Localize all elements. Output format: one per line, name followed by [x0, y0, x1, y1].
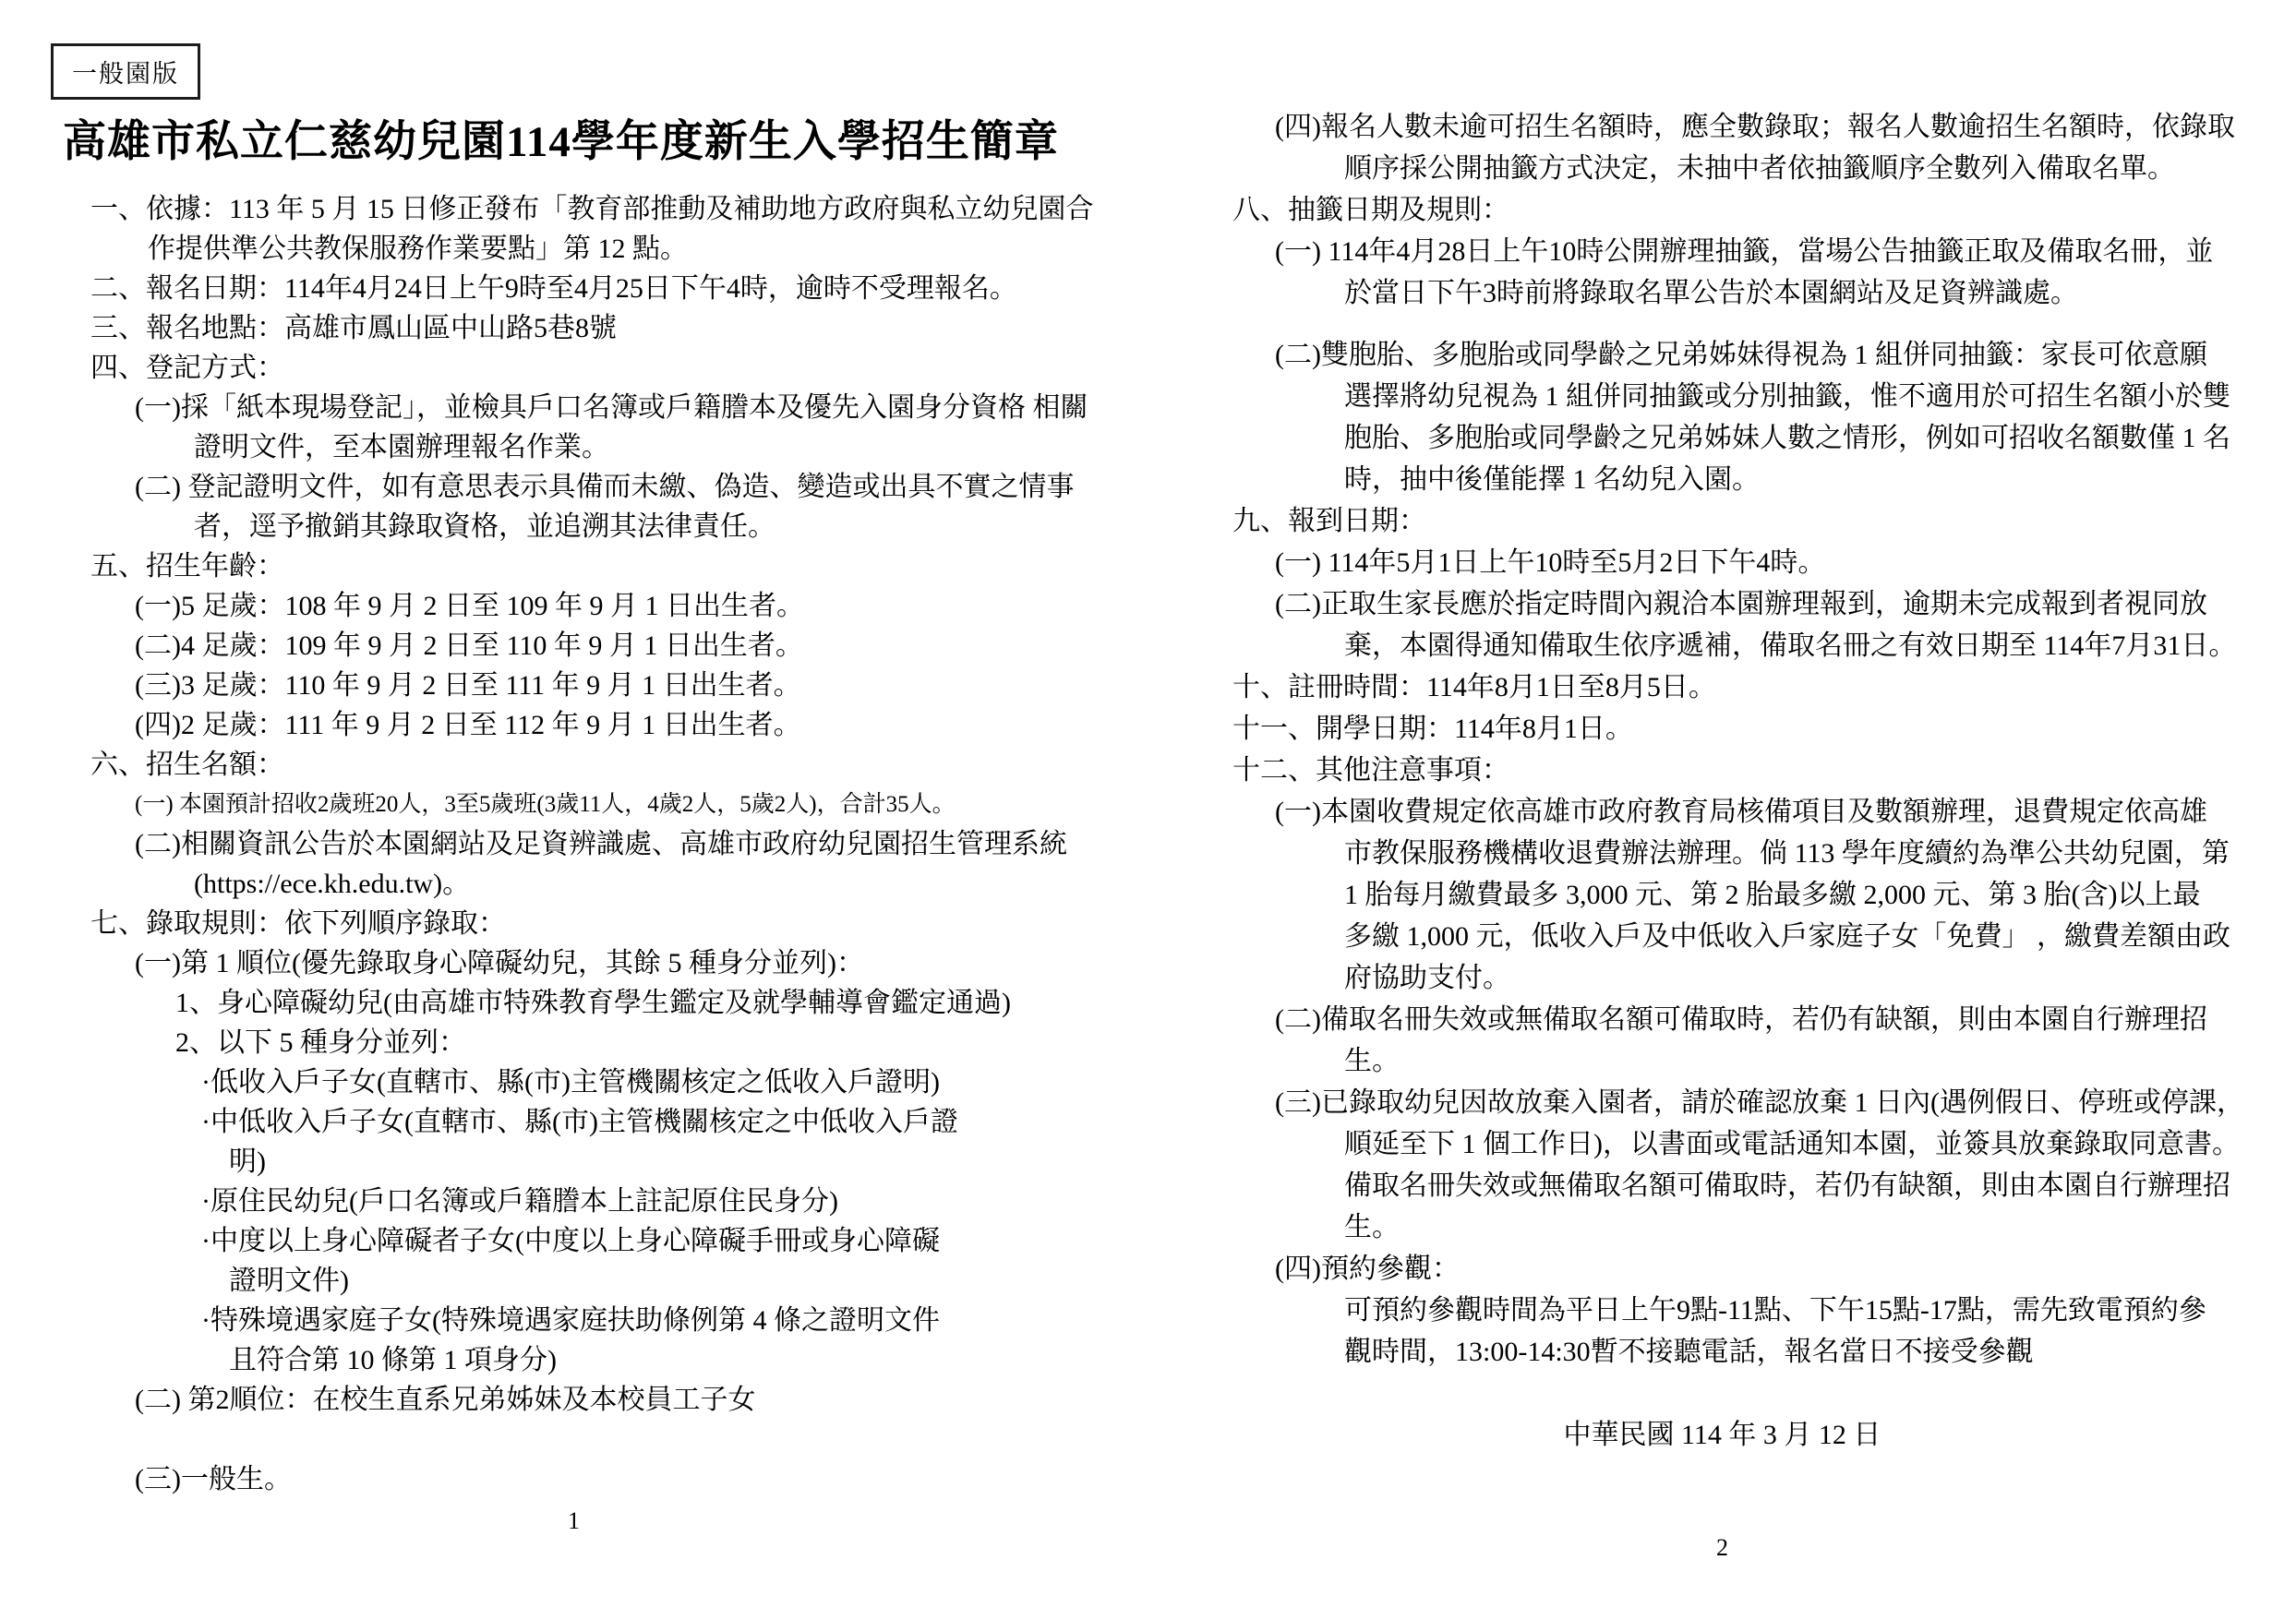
doc-line: 作提供準公共教保服務作業要點」第 12 點。 [0, 229, 1148, 269]
doc-line: 多繳 1,000 元，低收入戶及中低收入戶家庭子女「免費」 ，繳費差額由政 [1148, 916, 2296, 957]
version-badge: 一般園版 [51, 43, 200, 100]
doc-line: 1、身心障礙幼兒(由高雄市特殊教育學生鑑定及就學輔導會鑑定通過) [0, 983, 1148, 1023]
doc-line: (三)已錄取幼兒因故放棄入園者，請於確認放棄 1 日內(遇例假日、停班或停課， [1148, 1082, 2296, 1123]
doc-line: (二)正取生家長應於指定時間內親洽本園辦理報到，逾期未完成報到者視同放 [1148, 583, 2296, 625]
doc-line: 十二、其他注意事項： [1148, 750, 2296, 791]
doc-line: (三)一般生。 [0, 1459, 1148, 1499]
doc-line: (二)4 足歲：109 年 9 月 2 日至 110 年 9 月 1 日出生者。 [0, 626, 1148, 666]
doc-line: 於當日下午3時前將錄取名單公告於本園網站及足資辨識處。 [1148, 272, 2296, 314]
doc-line: 五、招生年齡： [0, 546, 1148, 586]
doc-line: ·特殊境遇家庭子女(特殊境遇家庭扶助條例第 4 條之證明文件 [0, 1301, 1148, 1340]
page-number-2: 2 [1148, 1534, 2296, 1562]
doc-line: ·中度以上身心障礙者子女(中度以上身心障礙手冊或身心障礙 [0, 1221, 1148, 1261]
doc-line: 且符合第 10 條第 1 項身分) [0, 1340, 1148, 1380]
doc-blank-line [1148, 1373, 2296, 1414]
doc-line: (二)相關資訊公告於本園網站及足資辨識處、高雄市政府幼兒園招生管理系統 [0, 824, 1148, 864]
doc-line: (一) 本園預計招收2歲班20人，3至5歲班(3歲11人，4歲2人，5歲2人)，… [0, 785, 1148, 824]
page-1: 一般園版 高雄市私立仁慈幼兒園114學年度新生入學招生簡章 一、依據：113 年… [0, 0, 1148, 1620]
doc-line: 四、登記方式： [0, 348, 1148, 388]
doc-line: 1 胎每月繳費最多 3,000 元、第 2 胎最多繳 2,000 元、第 3 胎… [1148, 874, 2296, 916]
page-2-lines: (四)報名人數未逾可招生名額時，應全數錄取；報名人數逾招生名額時，依錄取順序採公… [1148, 106, 2296, 1456]
doc-line: 證明文件) [0, 1261, 1148, 1301]
doc-line: (四)2 足歲：111 年 9 月 2 日至 112 年 9 月 1 日出生者。 [0, 705, 1148, 745]
doc-line: ·低收入戶子女(直轄市、縣(市)主管機關核定之低收入戶證明) [0, 1062, 1148, 1102]
doc-line: 十、註冊時間：114年8月1日至8月5日。 [1148, 666, 2296, 708]
doc-line: (一) 114年4月28日上午10時公開辦理抽籤，當場公告抽籤正取及備取名冊，並 [1148, 231, 2296, 272]
doc-line: ·原住民幼兒(戶口名簿或戶籍謄本上註記原住民身分) [0, 1182, 1148, 1221]
doc-line: (https://ece.kh.edu.tw)。 [0, 864, 1148, 904]
doc-line: (一)5 足歲：108 年 9 月 2 日至 109 年 9 月 1 日出生者。 [0, 586, 1148, 626]
doc-line: 生。 [1148, 1206, 2296, 1248]
doc-line: 六、招生名額： [0, 745, 1148, 785]
doc-line: 明) [0, 1142, 1148, 1182]
doc-line: (一)第 1 順位(優先錄取身心障礙幼兒，其餘 5 種身分並列)： [0, 943, 1148, 983]
doc-line: (一) 114年5月1日上午10時至5月2日下午4時。 [1148, 542, 2296, 583]
doc-line: 證明文件，至本園辦理報名作業。 [0, 427, 1148, 467]
doc-line: ·中低收入戶子女(直轄市、縣(市)主管機關核定之中低收入戶證 [0, 1102, 1148, 1142]
doc-line: (二) 登記證明文件，如有意思表示具備而未繳、偽造、變造或出具不實之情事 [0, 467, 1148, 507]
doc-line: (一)本園收費規定依高雄市政府教育局核備項目及數額辦理，退費規定依高雄 [1148, 791, 2296, 833]
page-number-1: 1 [0, 1507, 1148, 1535]
doc-line: 十一、開學日期：114年8月1日。 [1148, 708, 2296, 750]
doc-line: (四)報名人數未逾可招生名額時，應全數錄取；報名人數逾招生名額時，依錄取 [1148, 106, 2296, 148]
doc-line: 生。 [1148, 1040, 2296, 1082]
document-canvas: 一般園版 高雄市私立仁慈幼兒園114學年度新生入學招生簡章 一、依據：113 年… [0, 0, 2296, 1620]
doc-line: (一)採「紙本現場登記」，並檢具戶口名簿或戶籍謄本及優先入園身分資格 相關 [0, 388, 1148, 427]
doc-line: (二) 第2順位：在校生直系兄弟姊妹及本校員工子女 [0, 1380, 1148, 1420]
page-1-lines: 一、依據：113 年 5 月 15 日修正發布「教育部推動及補助地方政府與私立幼… [0, 189, 1148, 1499]
doc-line: 三、報名地點：高雄市鳳山區中山路5巷8號 [0, 308, 1148, 348]
doc-line: 七、錄取規則：依下列順序錄取： [0, 904, 1148, 943]
doc-line: 觀時間，13:00-14:30暫不接聽電話，報名當日不接受參觀 [1148, 1331, 2296, 1373]
doc-line: (二)備取名冊失效或無備取名額可備取時，若仍有缺額，則由本園自行辦理招 [1148, 999, 2296, 1040]
document-title: 高雄市私立仁慈幼兒園114學年度新生入學招生簡章 [63, 107, 1152, 169]
page-2: (四)報名人數未逾可招生名額時，應全數錄取；報名人數逾招生名額時，依錄取順序採公… [1148, 0, 2296, 1620]
doc-line: 2、以下 5 種身分並列： [0, 1023, 1148, 1062]
doc-line: 順序採公開抽籤方式決定，未抽中者依抽籤順序全數列入備取名單。 [1148, 148, 2296, 189]
doc-blank-line [1148, 314, 2296, 334]
doc-line: 時，抽中後僅能擇 1 名幼兒入園。 [1148, 459, 2296, 500]
doc-line: 九、報到日期： [1148, 500, 2296, 542]
doc-line: 備取名冊失效或無備取名額可備取時，若仍有缺額，則由本園自行辦理招 [1148, 1165, 2296, 1206]
doc-line: 棄，本園得通知備取生依序遞補，備取名冊之有效日期至 114年7月31日。 [1148, 625, 2296, 666]
doc-line: 者，逕予撤銷其錄取資格，並追溯其法律責任。 [0, 507, 1148, 546]
doc-line: 順延至下 1 個工作日)，以書面或電話通知本園，並簽具放棄錄取同意書。 [1148, 1123, 2296, 1165]
doc-line: 胞胎、多胞胎或同學齡之兄弟姊妹人數之情形，例如可招收名額數僅 1 名 [1148, 417, 2296, 459]
doc-line: (二)雙胞胎、多胞胎或同學齡之兄弟姊妹得視為 1 組併同抽籤：家長可依意願 [1148, 334, 2296, 376]
doc-line: 八、抽籤日期及規則： [1148, 189, 2296, 231]
doc-line: 可預約參觀時間為平日上午9點-11點、下午15點-17點，需先致電預約參 [1148, 1290, 2296, 1331]
doc-blank-line [0, 1420, 1148, 1459]
doc-line: (四)預約參觀： [1148, 1248, 2296, 1290]
doc-line: (三)3 足歲：110 年 9 月 2 日至 111 年 9 月 1 日出生者。 [0, 666, 1148, 705]
doc-line: 府協助支付。 [1148, 957, 2296, 999]
doc-line: 市教保服務機構收退費辦法辦理。倘 113 學年度續約為準公共幼兒園，第 [1148, 833, 2296, 874]
doc-line: 選擇將幼兒視為 1 組併同抽籤或分別抽籤，惟不適用於可招生名額小於雙 [1148, 376, 2296, 417]
doc-line: 二、報名日期：114年4月24日上午9時至4月25日下午4時，逾時不受理報名。 [0, 269, 1148, 308]
doc-line: 一、依據：113 年 5 月 15 日修正發布「教育部推動及補助地方政府與私立幼… [0, 189, 1148, 229]
doc-line: 中華民國 114 年 3 月 12 日 [1148, 1414, 2296, 1456]
